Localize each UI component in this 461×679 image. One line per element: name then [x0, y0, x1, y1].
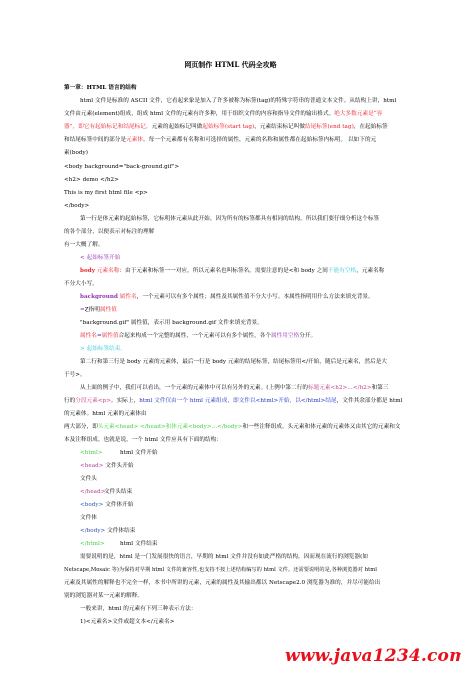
desc-text: html 文件结束 [120, 541, 158, 547]
text-span: 从上面的例子中，我们可以看出，一个元素的元素体中可以有另外的元素。(上例中第二行… [80, 385, 308, 391]
highlight-text: 标题元素<h2>…</h2> [308, 385, 372, 391]
text-span: 合起来构成一个完整的属性，一个元素可以有多个属性，各个 [119, 333, 271, 339]
text-span: ，文件其余部分都是 html [337, 398, 403, 404]
highlight-text: html 文件仅由一个 html 元素组成，即文件以<html>开始，以</ht… [139, 398, 336, 404]
list-item: > 起始标签结束。 [80, 346, 126, 353]
highlight-text: 属性值 [102, 333, 119, 339]
code-line: <h2> demo </h2> [64, 177, 119, 184]
text-span: 行的 [64, 398, 75, 404]
highlight-text: 元素体 [126, 137, 143, 143]
text-span: ，元素名称 [356, 268, 384, 274]
highlight-text: 分段元素<p> [75, 398, 111, 404]
structure-row: 文件头 [80, 476, 97, 483]
paragraph-line: 一般来讲，html 的元素有下列三种表示方法： [80, 606, 197, 613]
highlight-text: 器”，即它有起始标记和结尾标记。 [64, 124, 152, 130]
list-item: background 属性名，一个元素可以有多个属性；属性及其属性值不分大小写。… [80, 294, 374, 301]
tag-text: </head> [80, 489, 104, 496]
structure-row: <body> 文件体开始 [80, 502, 133, 509]
desc-text: 文件头结束 [104, 489, 132, 495]
desc-text: 文件体结束 [107, 528, 135, 534]
paragraph-line: 文件由元素(element)组成，组成 html 文件的元素有许多种，用于组织文… [64, 111, 382, 118]
highlight-text: 绝大多数元素是“容 [334, 111, 382, 117]
highlight-text: 结尾标签(end tag) [305, 124, 354, 130]
list-item: "background.gif" 属性值，表示用 background.gif … [80, 320, 263, 327]
code-line: <body background="back-ground.gif"> [64, 164, 179, 171]
paragraph-line: 有一大概了解。 [64, 242, 104, 249]
highlight-text: 属性用空格 [271, 333, 299, 339]
tag-text: <html> [80, 450, 120, 457]
text-span: 分开。 [299, 333, 316, 339]
code-line: This is my first html file <p> [64, 190, 148, 197]
structure-row: <head> 文件头开始 [80, 463, 134, 470]
text-span: 和一些注释组成。头元素和体元素的元素体又由其它的元素和文 [242, 424, 400, 430]
document-title: 网页制作 HTML 代码全攻略 [0, 60, 461, 70]
highlight-text: body [80, 268, 95, 274]
desc-text: 文件体开始 [105, 502, 133, 508]
tag-text: <head> [80, 463, 104, 469]
tag-text: </html> [80, 541, 120, 548]
code-line: </body> [64, 203, 89, 210]
desc-text: html 文件开始 [120, 450, 158, 456]
paragraph-line: 的元素体。html 元素的元素体由 [64, 411, 147, 418]
text-span: 文件由元素(element)组成，组成 html 文件的元素有许多种，用于组织文… [64, 111, 334, 117]
paragraph-line: 的各个部分，以便表示对标注的理解 [64, 229, 154, 236]
text-span: ：由于元素和标签一一对应，所以元素名也叫标签名。需要注意的是<和 body 之间 [119, 268, 328, 274]
section-heading: 第一章：HTML 语言的结构 [64, 85, 137, 92]
highlight-text: 头元素<head> </head>和体元素<body>…</body> [98, 424, 243, 430]
paragraph-line: 和结尾标签中间的部分是元素体。每一个元素都有名称和可选择的属性，元素的名称和属性… [64, 137, 376, 144]
paragraph-line: 器”，即它有起始标记和结尾标记。元素的起始标记叫做起始标签(start tag)… [64, 124, 388, 131]
paragraph-line: 元素及其属性的解释也不完全一样，本书中所讲的元素，元素的属性及其输出都以 Net… [64, 580, 380, 587]
text-span: Ɀ指明 [85, 307, 100, 313]
desc-text: 文件头开始 [105, 463, 133, 469]
structure-row: 文件体 [80, 515, 97, 522]
text-span: 元素的起始标记叫做 [152, 124, 203, 130]
tag-text: </body> [80, 528, 105, 534]
highlight-text: 元素名称 [97, 268, 120, 274]
watermark: www.java1234.com [285, 646, 461, 666]
paragraph-line: 别的浏览器对某一元素的解释。 [64, 593, 143, 600]
paragraph-line: 于号>。 [64, 372, 86, 379]
structure-row: <html>html 文件开始 [80, 450, 158, 457]
list-item: < 起始标签开始 [80, 255, 120, 262]
highlight-text: 起始标签(start tag) [202, 124, 254, 130]
text-span: ，在起始标签 [354, 124, 388, 130]
highlight-text: 不能有空格 [328, 268, 356, 274]
paragraph-line: 行的分段元素<p>。实际上，html 文件仅由一个 html 元素组成，即文件以… [64, 398, 402, 405]
text-span: 和结尾标签中间的部分是 [64, 137, 126, 143]
paragraph-line: 本及注释组成。也就是说，一个 html 文件应具有下面的结构： [64, 437, 222, 444]
paragraph-line: 两大部分，即头元素<head> </head>和体元素<body>…</body… [64, 424, 401, 431]
list-item: body 元素名称：由于元素和标签一一对应，所以元素名也叫标签名。需要注意的是<… [80, 268, 384, 275]
paragraph-line: 第一行是体元素的起始标签，它标明体元素从此开始。因为所有的标签都具有相同的结构，… [80, 216, 379, 223]
text-span: 和第三 [372, 385, 389, 391]
paragraph-line: 第二行和第三行是 body 元素的元素体，最后一行是 body 元素的结尾标签，… [80, 359, 387, 366]
paragraph-line: 素(body) [64, 150, 88, 157]
paragraph-line: 从上面的例子中，我们可以看出，一个元素的元素体中可以有另外的元素。(上例中第二行… [80, 385, 389, 392]
tag-text: <body> [80, 502, 103, 508]
desc-text: 文件体 [80, 515, 97, 521]
paragraph-line: 需要说明的是，html 是一门发展很快的语言，早期的 html 文件并没有如此严… [80, 554, 368, 561]
paragraph-line: Netscape,Mosaic 等)为保持对早期 html 文件的兼容性,也支持… [64, 567, 377, 574]
text-span: 。每一个元素都有名称和可选择的属性，元素的名称和属性都在起始标签内标明。 以如下… [143, 137, 376, 143]
desc-text: 文件头 [80, 476, 97, 482]
text-span: 。实际上， [111, 398, 139, 404]
paragraph-line: 不分大小写。 [64, 281, 98, 288]
text-span: 两大部分，即 [64, 424, 98, 430]
highlight-text: background [80, 294, 118, 300]
paragraph-line: 1)<元素名>文件或超文本</元素名> [80, 619, 174, 626]
list-item: =Ɀ指明属性值 [80, 307, 117, 314]
paragraph-line: html 文件是标准的 ASCII 文件，它看起来象是加入了许多被称为标签(ta… [80, 98, 396, 105]
highlight-text: 属性名 [120, 294, 137, 300]
text-span: ，一个元素可以有多个属性；属性及其属性值不分大小写。本属性指明用什么方法来填充背… [137, 294, 374, 300]
list-item: 属性名=属性值合起来构成一个完整的属性，一个元素可以有多个属性，各个属性用空格分… [80, 333, 316, 340]
structure-row: </body> 文件体结束 [80, 528, 135, 535]
structure-row: </head>文件头结束 [80, 489, 132, 496]
highlight-text: 属性值 [100, 307, 117, 313]
structure-row: </html>html 文件结束 [80, 541, 158, 548]
text-span: ，元素结束标记叫做 [254, 124, 305, 130]
highlight-text: 属性名 [80, 333, 97, 339]
